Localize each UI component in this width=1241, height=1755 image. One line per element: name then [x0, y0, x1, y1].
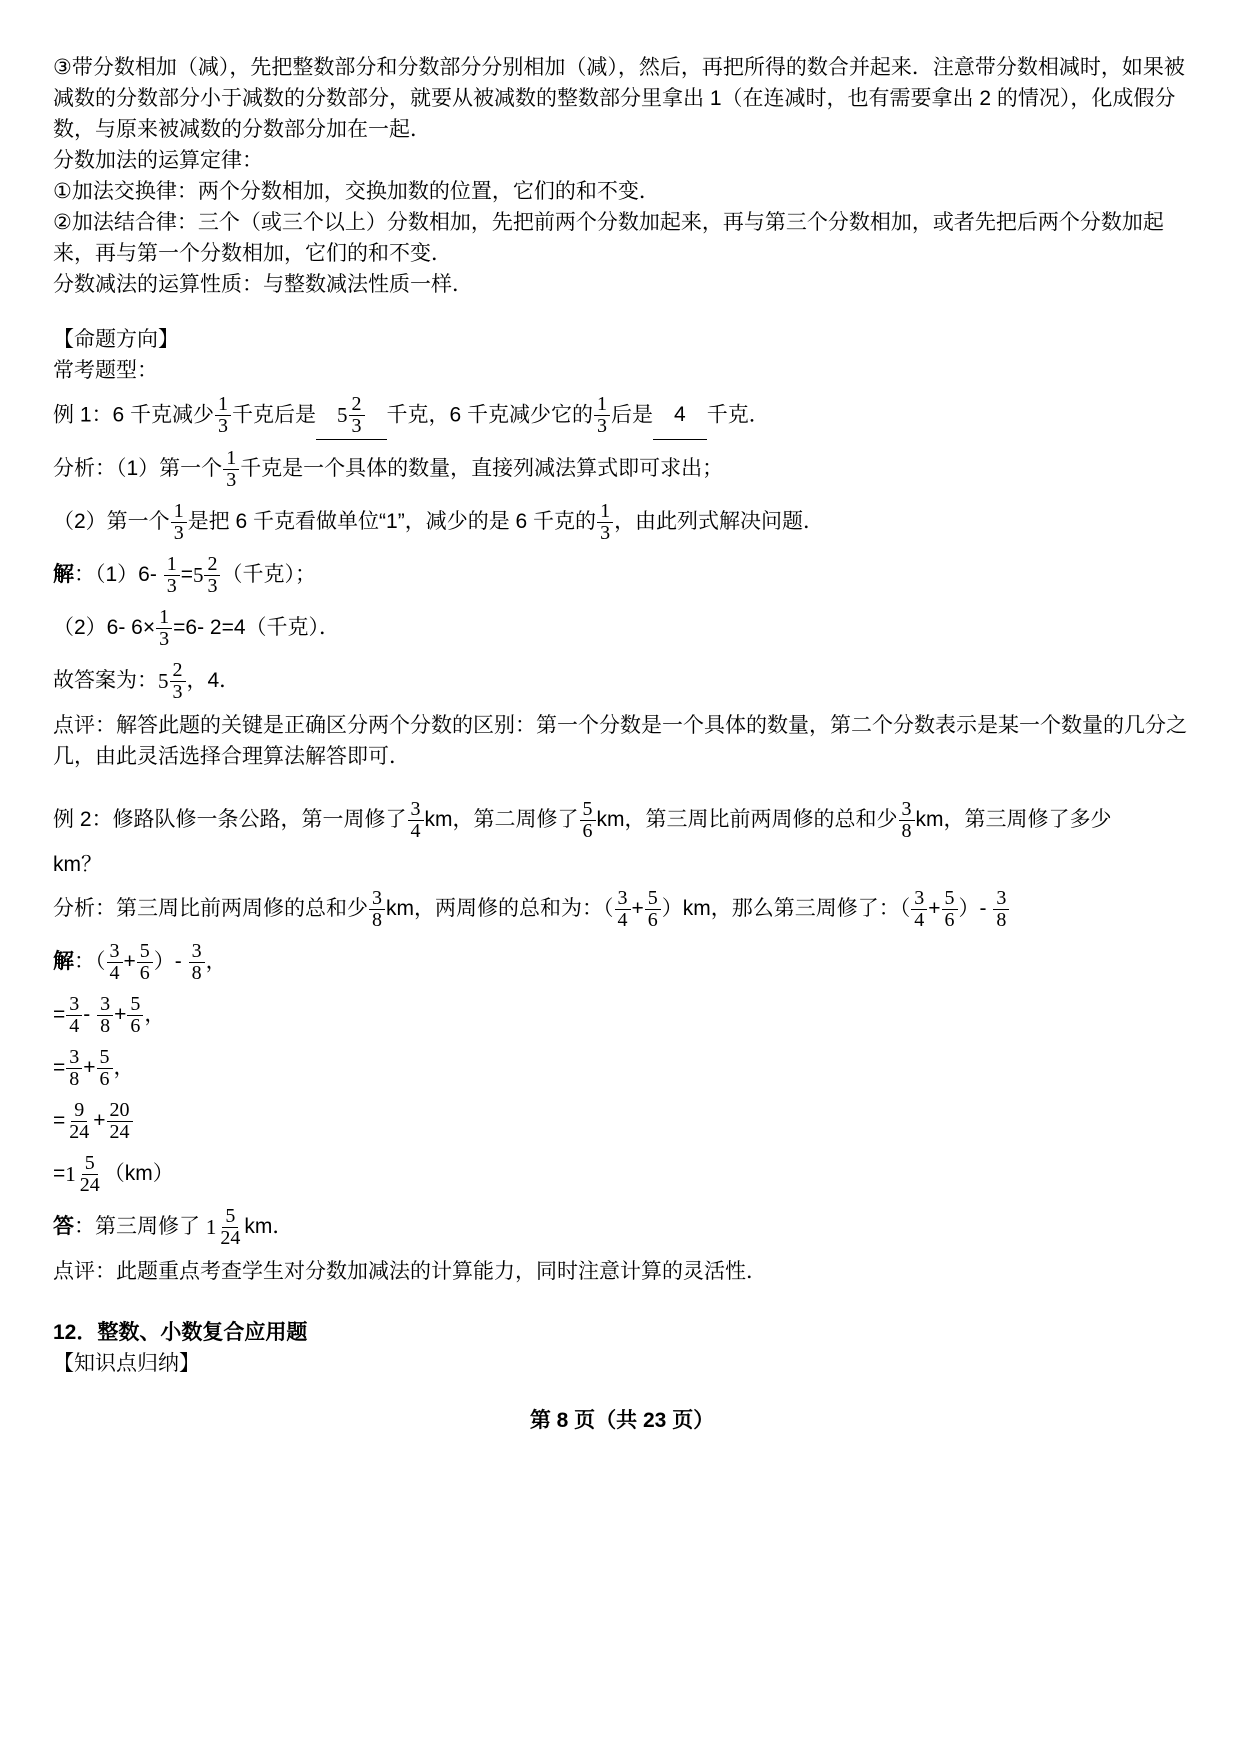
text-run: km． [244, 1215, 293, 1238]
example2-problem: 例 2：修路队修一条公路，第一周修了34km，第二周修了56km，第三周比前两周… [53, 796, 1191, 844]
fraction: 38 [899, 799, 915, 842]
fraction: 13 [171, 501, 187, 544]
text-run: （2）6- 6× [53, 616, 155, 639]
example2-step1: =34- 38+56， [53, 991, 1191, 1039]
text-run: = [53, 1056, 65, 1079]
text-run: ：第三周修了 [74, 1215, 206, 1238]
fraction: 23 [204, 554, 220, 597]
fraction: 38 [189, 941, 205, 984]
fraction: 38 [369, 888, 385, 931]
fraction: 524 [77, 1153, 103, 1196]
text-run: 4 [653, 391, 707, 439]
rule-associative-law: ②加法结合律：三个（或三个以上）分数相加，先把前两个分数加起来，再与第三个分数相… [53, 207, 1191, 269]
example1-final-answer: 故答案为：523，4． [53, 657, 1191, 705]
fraction: 13 [164, 554, 180, 597]
text-run: （km） [104, 1162, 174, 1185]
fraction: 56 [580, 799, 596, 842]
fraction: 56 [97, 1047, 113, 1090]
text-run: ）km，那么第三周修了：（ [662, 897, 911, 920]
rule-commutative-law: ①加法交换律：两个分数相加，交换加数的位置，它们的和不变． [53, 176, 1191, 207]
fraction: 13 [215, 394, 231, 437]
text-run: + [124, 950, 136, 973]
example1-problem: 例 1：6 千克减少13千克后是 523 千克，6 千克减少它的13后是 4 千… [53, 391, 1191, 440]
mixed-number: 523 [337, 394, 366, 437]
fraction: 38 [66, 1047, 82, 1090]
label-fraction-addition-laws: 分数加法的运算定律： [53, 145, 1191, 176]
text-run: ）- [154, 950, 188, 973]
fraction: 34 [408, 799, 424, 842]
fraction: 13 [223, 448, 239, 491]
fraction: 13 [594, 394, 610, 437]
text-run: 例 2：修路队修一条公路，第一周修了 [53, 808, 407, 831]
text-run: = [53, 1109, 65, 1132]
fraction: 56 [645, 888, 661, 931]
heading-mingti-fangxiang: 【命题方向】 [53, 324, 1191, 355]
text-run: 例 1：6 千克减少 [53, 404, 214, 427]
fraction: 56 [942, 888, 958, 931]
fraction: 34 [615, 888, 631, 931]
example2-step3: =924+2024 [53, 1097, 1191, 1145]
text-run: + [83, 1056, 95, 1079]
fraction: 524 [217, 1206, 243, 1249]
text-run: 解 [53, 563, 74, 586]
example2-final-answer: 答：第三周修了 1524km． [53, 1203, 1191, 1251]
example2-step2: =38+56， [53, 1044, 1191, 1092]
text-run: + [114, 1003, 126, 1026]
text-run: ， [206, 950, 227, 973]
text-run: = [181, 563, 193, 586]
example1-solution-part1: 解：（1）6- 13=523（千克）； [53, 551, 1191, 599]
text-run: 分析：（1）第一个 [53, 457, 222, 480]
text-run: 千克是一个具体的数量，直接列减法算式即可求出； [240, 457, 723, 480]
text-run: 千克，6 千克减少它的 [387, 404, 594, 427]
text-run: 千克后是 [232, 404, 316, 427]
label-changkao-tixing: 常考题型： [53, 355, 1191, 386]
text-run: 后是 [611, 404, 653, 427]
text-run [316, 391, 337, 439]
fraction: 23 [170, 660, 186, 703]
example2-solution-expression: 解：（34+56）- 38， [53, 938, 1191, 986]
example1-solution-part2: （2）6- 6×13=6- 2=4（千克）． [53, 604, 1191, 652]
fraction: 2024 [107, 1100, 133, 1143]
text-run [366, 391, 387, 439]
example2-comment: 点评：此题重点考查学生对分数加减法的计算能力，同时注意计算的灵活性． [53, 1256, 1191, 1287]
text-run: + [632, 897, 644, 920]
text-run: km，第二周修了 [425, 808, 579, 831]
fraction: 23 [349, 394, 365, 437]
text-run: ， [144, 1003, 165, 1026]
fraction: 924 [66, 1100, 92, 1143]
rule-mixed-fraction-addsub: ③带分数相加（减），先把整数部分和分数部分分别相加（减），然后，再把所得的数合并… [53, 52, 1191, 145]
text-run: ）- [959, 897, 993, 920]
heading-section12: 12．整数、小数复合应用题 [53, 1317, 1191, 1348]
text-run: 千克． [707, 404, 770, 427]
text-run: 是把 6 千克看做单位“1”，减少的是 6 千克的 [188, 510, 596, 533]
example2-step4: =1524（km） [53, 1150, 1191, 1198]
fraction: 38 [993, 888, 1009, 931]
document-page: ③带分数相加（减），先把整数部分和分数部分分别相加（减），然后，再把所得的数合并… [0, 0, 1241, 1755]
text-run: ：（ [74, 950, 106, 973]
text-run: =6- 2=4（千克）． [173, 616, 340, 639]
text-run: 答 [53, 1215, 74, 1238]
text-run: （千克）； [221, 563, 316, 586]
text-run: = [53, 1162, 65, 1185]
text-run: 解 [53, 950, 74, 973]
text-run: + [93, 1109, 105, 1132]
text-run: km，两周修的总和为：（ [386, 897, 614, 920]
fraction: 56 [137, 941, 153, 984]
mixed-number: 523 [193, 554, 222, 597]
example2-analysis: 分析：第三周比前两周修的总和少38km，两周修的总和为：（34+56）km，那么… [53, 885, 1191, 933]
text-run: ， [114, 1056, 135, 1079]
text-run: ，由此列式解决问题． [614, 510, 824, 533]
mixed-number: 1524 [65, 1153, 104, 1196]
text-run: km，第三周比前两周修的总和少 [597, 808, 898, 831]
text-run: = [53, 1003, 65, 1026]
example2-problem-continuation: km？ [53, 849, 1191, 880]
page-number-footer: 第 8 页（共 23 页） [53, 1405, 1191, 1436]
text-run: + [928, 897, 940, 920]
example1-comment: 点评：解答此题的关键是正确区分两个分数的区别：第一个分数是一个具体的数量，第二个… [53, 710, 1191, 772]
underlined-answer-blank: 4 [653, 391, 707, 440]
example1-analysis-part2: （2）第一个13是把 6 千克看做单位“1”，减少的是 6 千克的13，由此列式… [53, 498, 1191, 546]
text-run: 故答案为： [53, 669, 158, 692]
example1-analysis-part1: 分析：（1）第一个13千克是一个具体的数量，直接列减法算式即可求出； [53, 445, 1191, 493]
rule-subtraction-property: 分数减法的运算性质：与整数减法性质一样． [53, 269, 1191, 300]
mixed-number: 1524 [206, 1206, 245, 1249]
fraction: 13 [597, 501, 613, 544]
text-run: - [83, 1003, 96, 1026]
mixed-number: 523 [158, 660, 187, 703]
fraction: 56 [127, 994, 143, 1037]
text-run: km，第三周修了多少 [916, 808, 1112, 831]
fraction: 13 [156, 607, 172, 650]
fraction: 38 [97, 994, 113, 1037]
heading-zhishidian-guina: 【知识点归纳】 [53, 1348, 1191, 1379]
fraction: 34 [107, 941, 123, 984]
fraction: 34 [911, 888, 927, 931]
text-run: （2）第一个 [53, 510, 170, 533]
underlined-answer-blank: 523 [316, 391, 387, 440]
text-run: ：（1）6- [74, 563, 163, 586]
fraction: 34 [66, 994, 82, 1037]
text-run: ，4． [187, 669, 241, 692]
text-run: 分析：第三周比前两周修的总和少 [53, 897, 368, 920]
